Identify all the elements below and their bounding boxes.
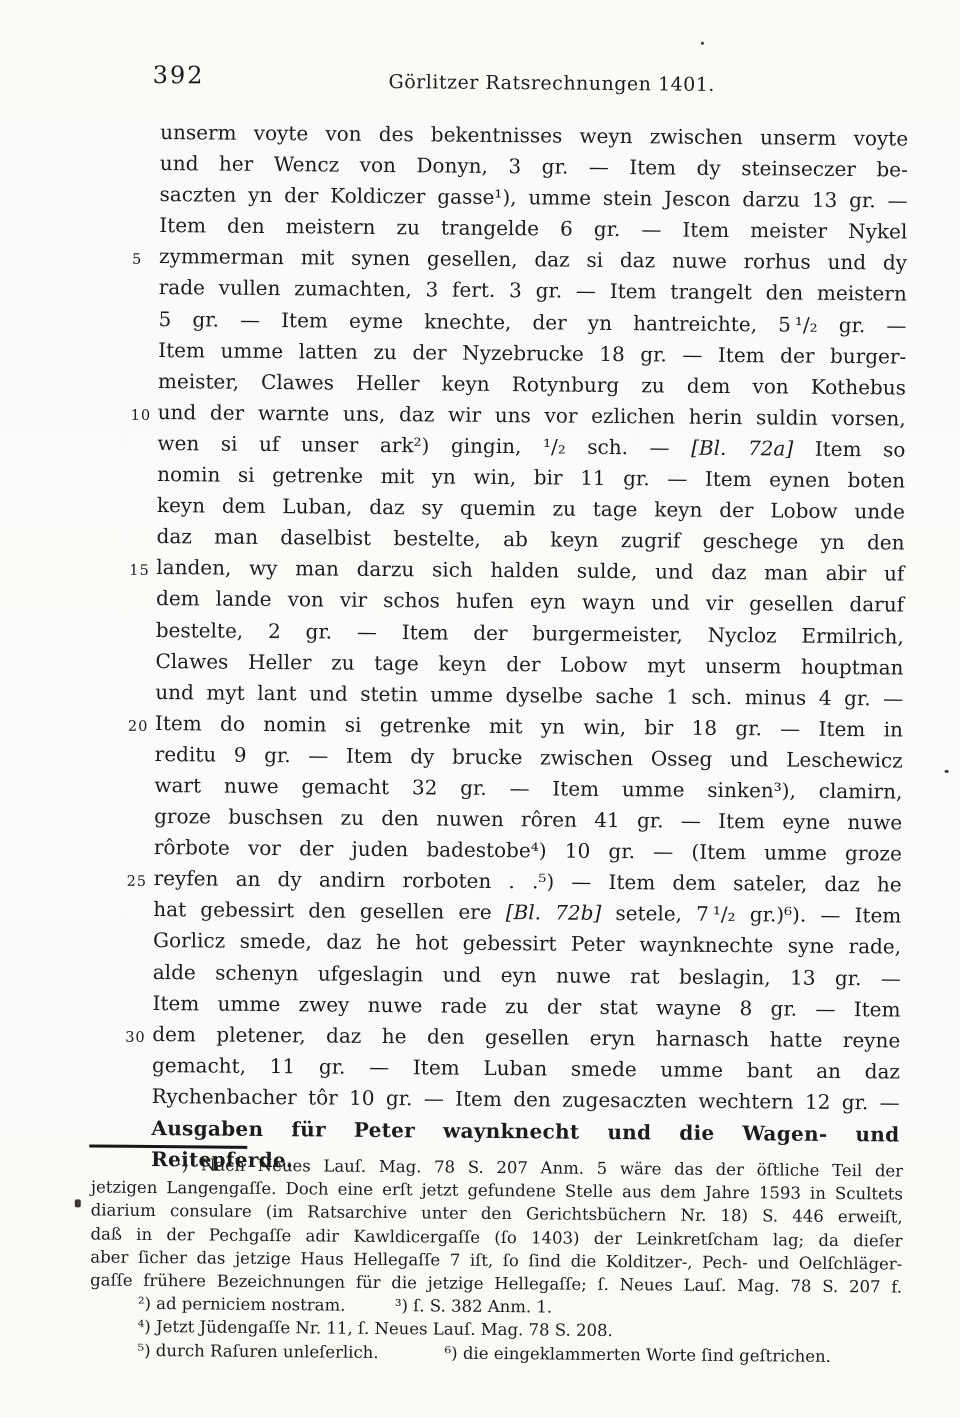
footnotes-block: ¹) Nach Neues Lauſ. Mag. 78 S. 207 Anm. … (89, 1152, 903, 1368)
text-run: hat gebessirt den gesellen ere (153, 897, 506, 924)
running-header: Görlitzer Ratsrechnungen 1401. (388, 71, 714, 96)
text-run: dem lande von vir schos hufen eyn wayn u… (156, 586, 904, 617)
text-run: bestelte, 2 gr. — Item der burgermeister… (156, 618, 904, 649)
text-run: saczten yn der Koldiczer gasse¹), umme s… (159, 182, 907, 213)
text-run: zymmerman mit synen gesellen, daz si daz… (159, 244, 907, 275)
scan-speck (75, 1199, 81, 1207)
text-run: 5 gr. — Item eyme knechte, der yn hantre… (158, 307, 906, 338)
page-number: 392 (153, 61, 205, 89)
text-run: wart nuwe gemacht 32 gr. — Item umme sin… (154, 773, 902, 804)
text-run: Item so (793, 437, 905, 462)
text-run: Item umme zwey nuwe rade zu der stat way… (152, 991, 900, 1022)
scan-speck (945, 770, 949, 773)
text-run: reyfen an dy andirn rorboten . .⁵) — Ite… (154, 866, 902, 897)
text-line: Rychenbacher tôr 10 gr. — Item den zuges… (152, 1081, 900, 1119)
text-run: rôrbote vor der juden badestobe⁴) 10 gr.… (154, 835, 902, 866)
margin-line-number: 25 (126, 867, 147, 898)
text-run: rade vullen zumachten, 3 fert. 3 gr. — I… (159, 275, 907, 306)
text-run: landen, wy man darzu sich halden sulde, … (156, 555, 904, 586)
margin-line-number: 15 (129, 556, 150, 587)
text-run: unserm voyte von des bekentnisses weyn z… (160, 120, 908, 151)
text-run: groze buschsen zu den nuwen rôren 41 gr.… (154, 804, 902, 835)
margin-line-number: 10 (131, 401, 152, 432)
footnote-lines: ¹) Nach Neues Lauſ. Mag. 78 S. 207 Anm. … (89, 1152, 903, 1368)
margin-line-number: 30 (125, 1022, 146, 1053)
text-run: Item do nomin si getrenke mit yn win, bi… (155, 711, 903, 742)
text-run: alde schenyn ufgeslagin und eyn nuwe rat… (153, 960, 901, 991)
text-run: gemacht, 11 gr. — Item Luban smede umme … (152, 1053, 900, 1084)
text-run: Item den meistern zu trangelde 6 gr. — I… (159, 213, 907, 244)
scanned-page-content: 392 Görlitzer Ratsrechnungen 1401. unser… (0, 0, 960, 1417)
text-run: dem pletener, daz he den gesellen eryn h… (152, 1022, 900, 1053)
folio-reference: [Bl. 72b] (506, 900, 602, 925)
text-run: wen si uf unser ark²) gingin, ¹/₂ sch. — (157, 431, 691, 460)
body-lines: unserm voyte von des bekentnisses weyn z… (152, 117, 909, 1118)
folio-reference: [Bl. 72a] (691, 436, 793, 461)
text-run: Gorlicz smede, daz he hot gebessirt Pete… (153, 928, 901, 959)
section-heading: Ausgaben für Peter waynknecht und die Wa… (151, 1113, 899, 1151)
text-run: meister, Clawes Heller keyn Rotynburg zu… (158, 369, 906, 400)
text-run: und her Wencz von Donyn, 3 gr. — Item dy… (160, 151, 908, 182)
margin-line-number: 5 (132, 245, 143, 276)
text-run: nomin si getrenke mit yn win, bir 11 gr.… (157, 462, 905, 493)
text-run: Rychenbacher tôr 10 gr. — Item den zuges… (152, 1084, 900, 1115)
text-run: und myt lant und stetin umme dyselbe sac… (155, 680, 903, 711)
text-run: Item umme latten zu der Nyzebrucke 18 gr… (158, 338, 906, 369)
text-run: setele, 7 ¹/₂ gr.)⁶). — Item (601, 901, 901, 928)
body-text-block: unserm voyte von des bekentnisses weyn z… (151, 117, 908, 1150)
text-run: Clawes Heller zu tage keyn der Lobow myt… (155, 649, 903, 680)
text-run: und der warnte uns, daz wir uns vor ezli… (158, 400, 906, 431)
text-run: keyn dem Luban, daz sy quemin zu tage ke… (157, 493, 905, 524)
text-run: daz man daselbist bestelte, ab keyn zugr… (157, 524, 905, 555)
scan-speck (701, 42, 704, 45)
text-run: reditu 9 gr. — Item dy brucke zwischen O… (155, 742, 903, 773)
book-page: 392 Görlitzer Ratsrechnungen 1401. unser… (0, 0, 960, 1417)
margin-line-number: 20 (128, 712, 149, 743)
